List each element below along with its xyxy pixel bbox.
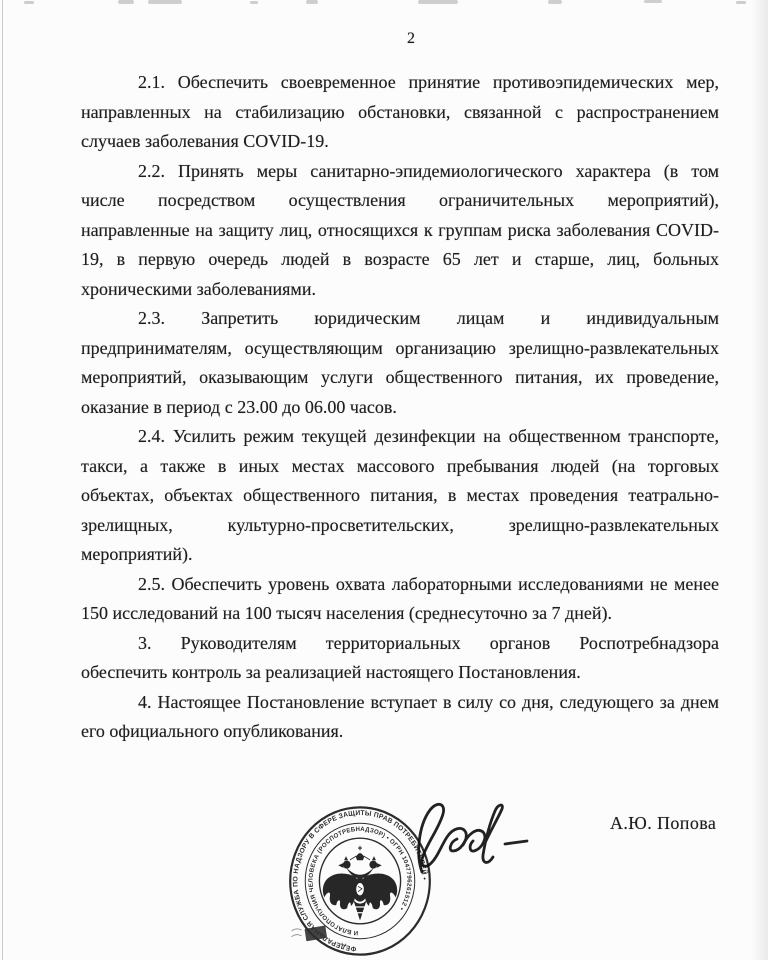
central-crown-icon [356,853,364,860]
paragraph: 2.1. Обеспечить своевременное принятие п… [81,68,719,157]
paragraph: 3. Руководителям территориальных органов… [81,629,719,688]
crown-cross-icon [358,846,362,850]
text-line: обеспечить контроль за реализацией насто… [81,658,719,688]
scan-smudge [644,0,662,3]
text-line: мероприятий, оказывающим услуги обществе… [81,363,719,393]
right-crown-icon [372,856,376,860]
scanned-document-page: 2 2.1. Обеспечить своевременное принятие… [0,0,768,960]
document-text: 2.1. Обеспечить своевременное принятие п… [81,68,719,747]
signature-dash [505,841,527,844]
scan-smudge [148,0,182,4]
scan-smudge [24,1,34,4]
chest-shield [356,883,364,896]
text-line: 4. Настоящее Постановление вступает в си… [81,688,719,718]
double-headed-eagle-emblem [323,846,397,921]
scan-smudge [250,1,258,4]
text-line: 2.3. Запретить юридическим лицам и индив… [81,304,719,334]
text-line: мероприятий). [81,540,719,570]
scan-smudge [118,0,134,4]
paragraph: 2.2. Принять меры санитарно-эпидемиологи… [81,157,719,305]
paragraph: 2.3. Запретить юридическим лицам и индив… [81,304,719,422]
left-crown-icon [344,856,348,860]
text-line: такси, а также в иных местах массового п… [81,452,719,482]
eagle-tail [353,899,367,920]
paragraph: 2.4. Усилить режим текущей дезинфекции н… [81,422,719,570]
text-line: направленных на стабилизацию обстановки,… [81,98,719,128]
paragraph: 4. Настоящее Постановление вступает в си… [81,688,719,747]
signer-name: А.Ю. Попова [610,813,716,834]
text-line: объектах, объектах общественного питания… [81,481,719,511]
text-line: 2.4. Усилить режим текущей дезинфекции н… [81,422,719,452]
scan-smudge [736,1,746,4]
text-line: 150 исследований на 100 тысяч населения … [81,599,719,629]
left-wing [323,873,357,909]
paragraph: 2.5. Обеспечить уровень охвата лаборатор… [81,570,719,629]
scan-smudge [306,0,318,4]
right-eagle-head [369,861,377,869]
scan-smudge [548,0,562,4]
orb-icon [341,900,346,905]
page-number: 2 [81,30,719,48]
text-line: числе посредством осуществления ограничи… [81,186,719,216]
text-line: 2.1. Обеспечить своевременное принятие п… [81,68,719,98]
scan-smudge [418,0,458,4]
text-line: 19, в первую очередь людей в возрасте 65… [81,245,719,275]
text-line: предпринимателям, осуществляющим организ… [81,334,719,364]
signature-autograph [406,796,538,888]
text-line: случаев заболевания COVID-19. [81,127,719,157]
text-line: его официального опубликования. [81,717,719,747]
right-wing [363,873,397,909]
text-line: хроническими заболеваниями. [81,275,719,305]
text-line: направленные на защиту лиц, относящихся … [81,216,719,246]
scan-left-edge-line [2,0,3,960]
scan-right-edge-shade [752,0,768,960]
text-line: 2.5. Обеспечить уровень охвата лаборатор… [81,570,719,600]
text-line: 2.2. Принять меры санитарно-эпидемиологи… [81,157,719,187]
left-eagle-head [343,861,351,869]
text-line: зрелищных, культурно-просветительских, з… [81,511,719,541]
text-line: оказание в период с 23.00 до 06.00 часов… [81,393,719,423]
seal-number-box [292,925,328,941]
text-line: 3. Руководителям территориальных органов… [81,629,719,659]
